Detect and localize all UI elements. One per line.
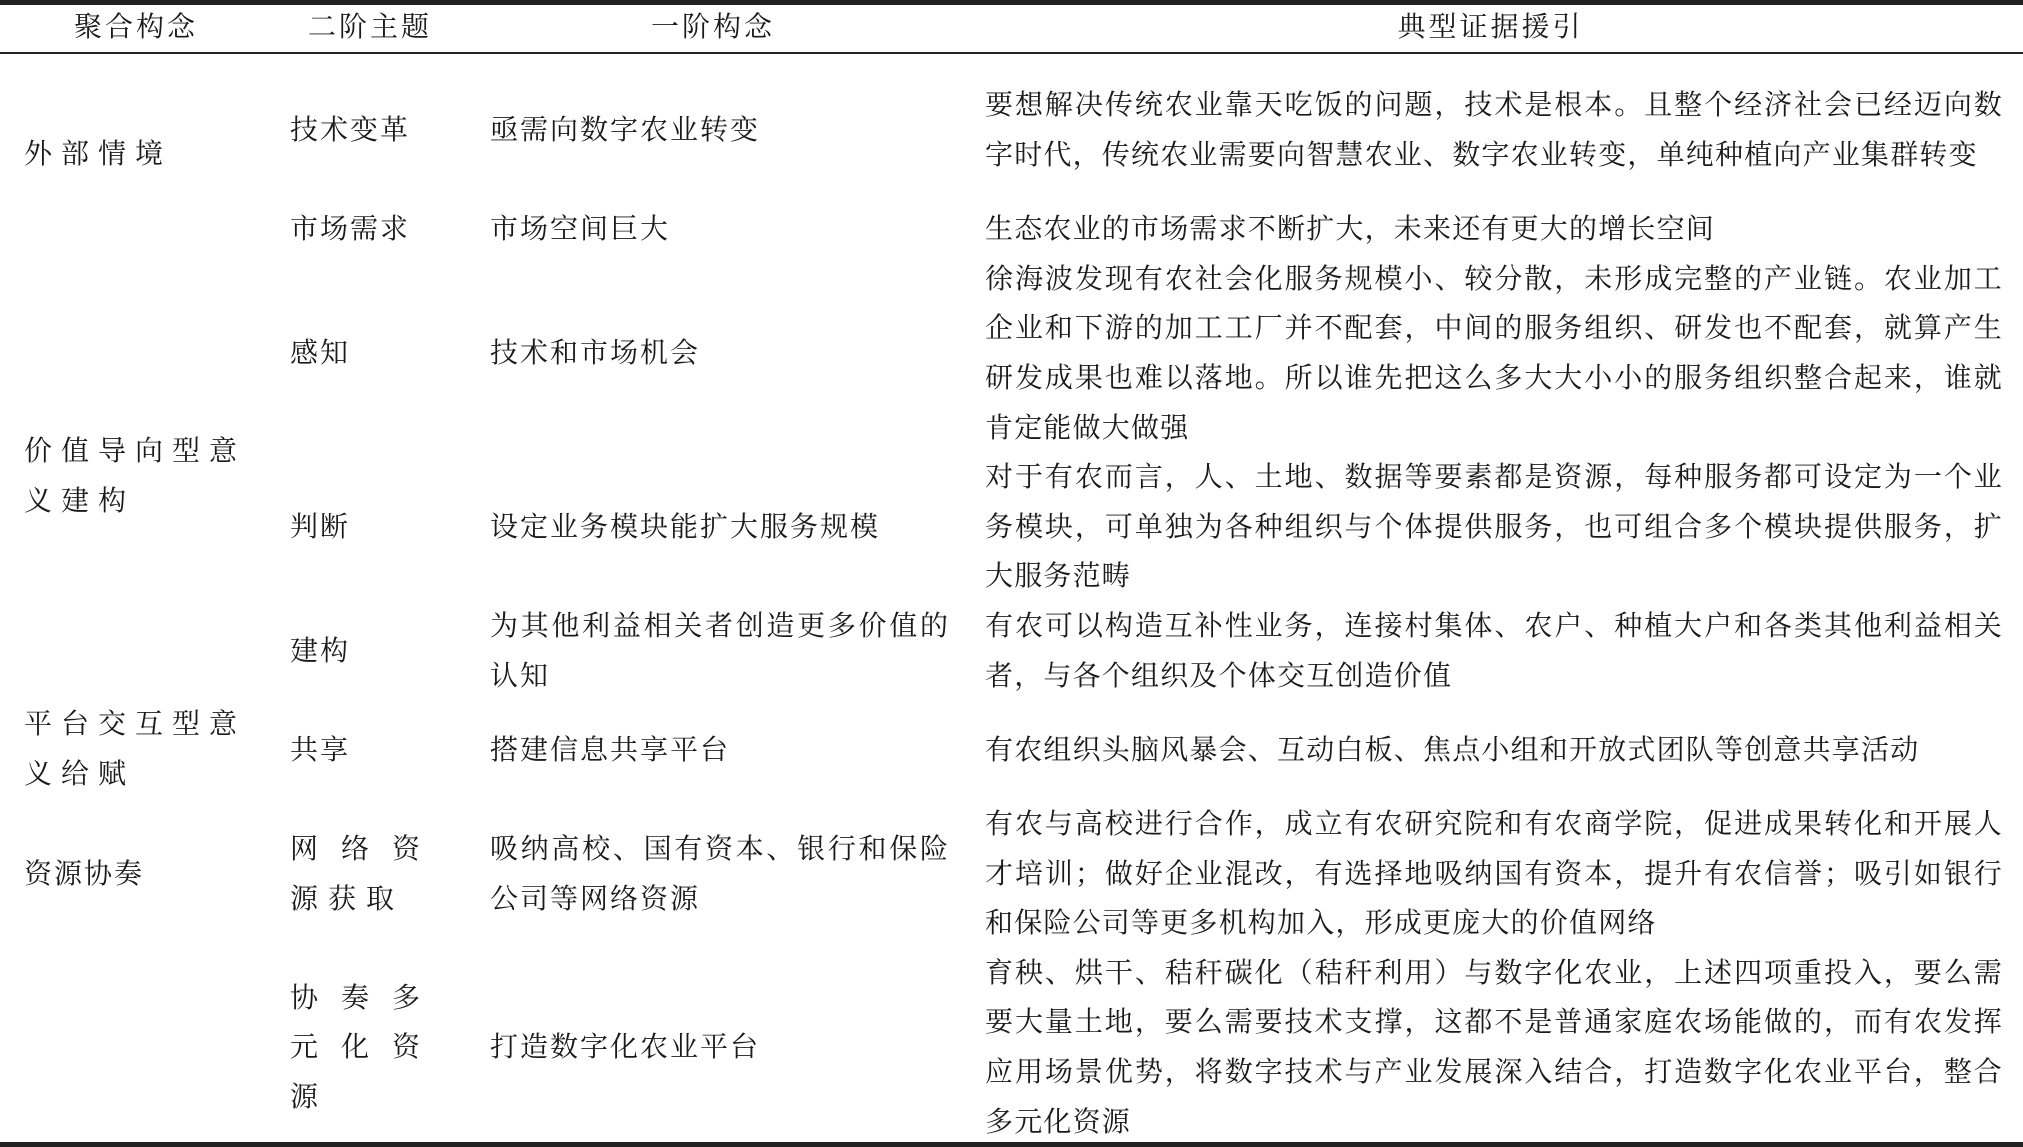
- second-order-theme: 协奏多元化资源: [290, 973, 430, 1122]
- second-order-theme: 共享: [290, 725, 460, 775]
- header-aggregate-construct: 聚合构念: [0, 5, 272, 52]
- table-row: 判断 设定业务模块能扩大服务规模 对于有农而言，人、土地、数据等要素都是资源，每…: [0, 452, 2023, 601]
- first-order-construct: 打造数字化农业平台: [490, 1022, 950, 1072]
- table-row: 技术变革 亟需向数字农业转变 要想解决传统农业靠天吃饭的问题，技术是根本。且整个…: [0, 55, 2023, 204]
- table-row: 协奏多元化资源 打造数字化农业平台 育秧、烘干、秸秆碳化（秸秆利用）与数字化农业…: [0, 948, 2023, 1146]
- second-order-theme: 市场需求: [290, 204, 460, 254]
- evidence-quote: 有农与高校进行合作，成立有农研究院和有农商学院，促进成果转化和开展人才培训；做好…: [985, 799, 2003, 948]
- evidence-quote: 要想解决传统农业靠天吃饭的问题，技术是根本。且整个经济社会已经迈向数字时代，传统…: [985, 80, 2003, 179]
- header-evidence: 典型证据援引: [958, 5, 2023, 52]
- second-order-theme: 判断: [290, 502, 460, 552]
- header-first-order-construct: 一阶构念: [468, 5, 958, 52]
- evidence-quote: 有农可以构造互补性业务，连接村集体、农户、种植大户和各类其他利益相关者，与各个组…: [985, 601, 2003, 700]
- first-order-construct: 市场空间巨大: [490, 204, 950, 254]
- second-order-theme: 技术变革: [290, 105, 460, 155]
- second-order-theme: 感知: [290, 328, 460, 378]
- table-row: 建构 为其他利益相关者创造更多价值的认知 有农可以构造互补性业务，连接村集体、农…: [0, 601, 2023, 700]
- evidence-quote: 生态农业的市场需求不断扩大，未来还有更大的增长空间: [985, 204, 2003, 254]
- first-order-construct: 为其他利益相关者创造更多价值的认知: [490, 601, 950, 700]
- second-order-theme: 建构: [290, 626, 460, 676]
- table-row: 感知 技术和市场机会 徐海波发现有农社会化服务规模小、较分散，未形成完整的产业链…: [0, 254, 2023, 452]
- table-header: 聚合构念 二阶主题 一阶构念 典型证据援引: [0, 5, 2023, 54]
- evidence-quote: 对于有农而言，人、土地、数据等要素都是资源，每种服务都可设定为一个业务模块，可单…: [985, 452, 2003, 601]
- first-order-construct: 技术和市场机会: [490, 328, 950, 378]
- table-row: 共享 搭建信息共享平台 有农组织头脑风暴会、互动白板、焦点小组和开放式团队等创意…: [0, 700, 2023, 799]
- evidence-quote: 有农组织头脑风暴会、互动白板、焦点小组和开放式团队等创意共享活动: [985, 725, 2003, 775]
- evidence-quote: 育秧、烘干、秸秆碳化（秸秆利用）与数字化农业，上述四项重投入，要么需要大量土地，…: [985, 948, 2003, 1146]
- first-order-construct: 搭建信息共享平台: [490, 725, 950, 775]
- table-row: 网络资源获取 吸纳高校、国有资本、银行和保险公司等网络资源 有农与高校进行合作，…: [0, 799, 2023, 948]
- first-order-construct: 设定业务模块能扩大服务规模: [490, 502, 950, 552]
- table-row: 市场需求 市场空间巨大 生态农业的市场需求不断扩大，未来还有更大的增长空间: [0, 204, 2023, 254]
- first-order-construct: 吸纳高校、国有资本、银行和保险公司等网络资源: [490, 824, 950, 923]
- second-order-theme: 网络资源获取: [290, 824, 430, 923]
- first-order-construct: 亟需向数字农业转变: [490, 105, 950, 155]
- evidence-table: 聚合构念 二阶主题 一阶构念 典型证据援引 外部情境 价值导向型意义建构 平台交…: [0, 0, 2023, 1147]
- evidence-quote: 徐海波发现有农社会化服务规模小、较分散，未形成完整的产业链。农业加工企业和下游的…: [985, 254, 2003, 452]
- header-second-order-theme: 二阶主题: [272, 5, 468, 52]
